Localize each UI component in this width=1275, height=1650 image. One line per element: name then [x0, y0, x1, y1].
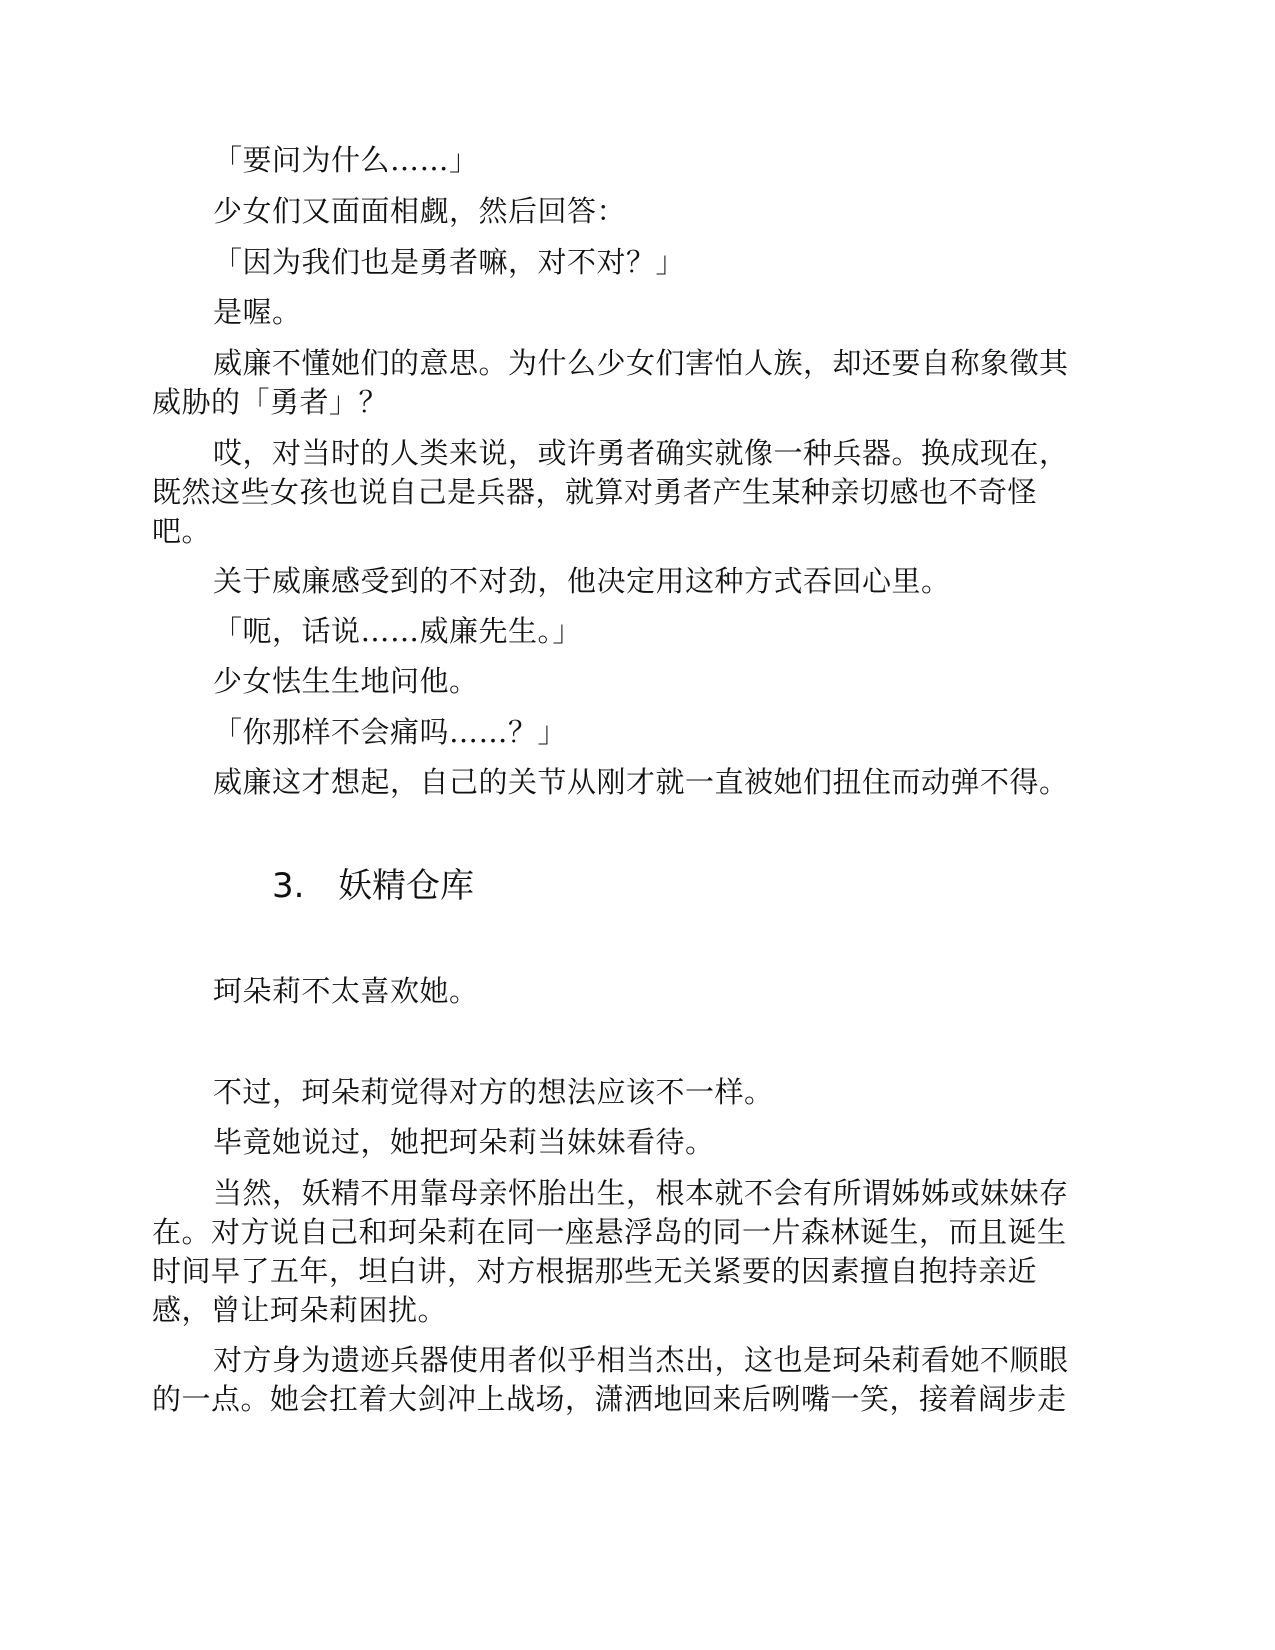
paragraph-line: 吧。 [152, 511, 211, 551]
dialogue-line: 「呃，话说……威廉先生。」 [213, 611, 582, 651]
paragraph-line: 对方身为遗迹兵器使用者似乎相当杰出，这也是珂朵莉看她不顺眼 [213, 1340, 1069, 1380]
paragraph-line: 哎，对当时的人类来说，或许勇者确实就像一种兵器。换成现在， [213, 433, 1069, 473]
paragraph-line: 少女怯生生地问他。 [213, 661, 479, 701]
paragraph-line: 当然，妖精不用靠母亲怀胎出生，根本就不会有所谓姊姊或妹妹存 [213, 1173, 1069, 1213]
dialogue-line: 「因为我们也是勇者嘛，对不对？」 [213, 242, 685, 282]
chapter-number: 3. [272, 864, 338, 908]
paragraph-line: 珂朵莉不太喜欢她。 [213, 971, 479, 1011]
dialogue-line: 「要问为什么……」 [213, 140, 479, 180]
paragraph-line: 威廉不懂她们的意思。为什么少女们害怕人族，却还要自称象徵其 [213, 343, 1069, 383]
paragraph-line: 少女们又面面相觑，然后回答： [213, 191, 626, 231]
paragraph-line: 的一点。她会扛着大剑冲上战场，潇洒地回来后咧嘴一笑，接着阔步走 [152, 1379, 1067, 1419]
paragraph-line: 威胁的「勇者」？ [152, 382, 388, 422]
paragraph-line: 是喔。 [213, 292, 302, 332]
chapter-title: 妖精仓库 [338, 866, 474, 906]
paragraph-line: 在。对方说自己和珂朵莉在同一座悬浮岛的同一片森林诞生，而且诞生 [152, 1212, 1067, 1252]
paragraph-line: 时间早了五年，坦白讲，对方根据那些无关紧要的因素擅自抱持亲近 [152, 1251, 1037, 1291]
paragraph-line: 威廉这才想起，自己的关节从刚才就一直被她们扭住而动弹不得。 [213, 762, 1069, 802]
paragraph-line: 不过，珂朵莉觉得对方的想法应该不一样。 [213, 1072, 774, 1112]
chapter-heading: 3.妖精仓库 [272, 864, 474, 908]
document-page: 「要问为什么……」 少女们又面面相觑，然后回答： 「因为我们也是勇者嘛，对不对？… [0, 0, 1275, 1650]
paragraph-line: 感，曾让珂朵莉困扰。 [152, 1290, 447, 1330]
paragraph-line: 毕竟她说过，她把珂朵莉当妹妹看待。 [213, 1122, 715, 1162]
paragraph-line: 既然这些女孩也说自己是兵器，就算对勇者产生某种亲切感也不奇怪 [152, 472, 1037, 512]
dialogue-line: 「你那样不会痛吗……？」 [213, 712, 567, 752]
paragraph-line: 关于威廉感受到的不对劲，他决定用这种方式吞回心里。 [213, 561, 951, 601]
